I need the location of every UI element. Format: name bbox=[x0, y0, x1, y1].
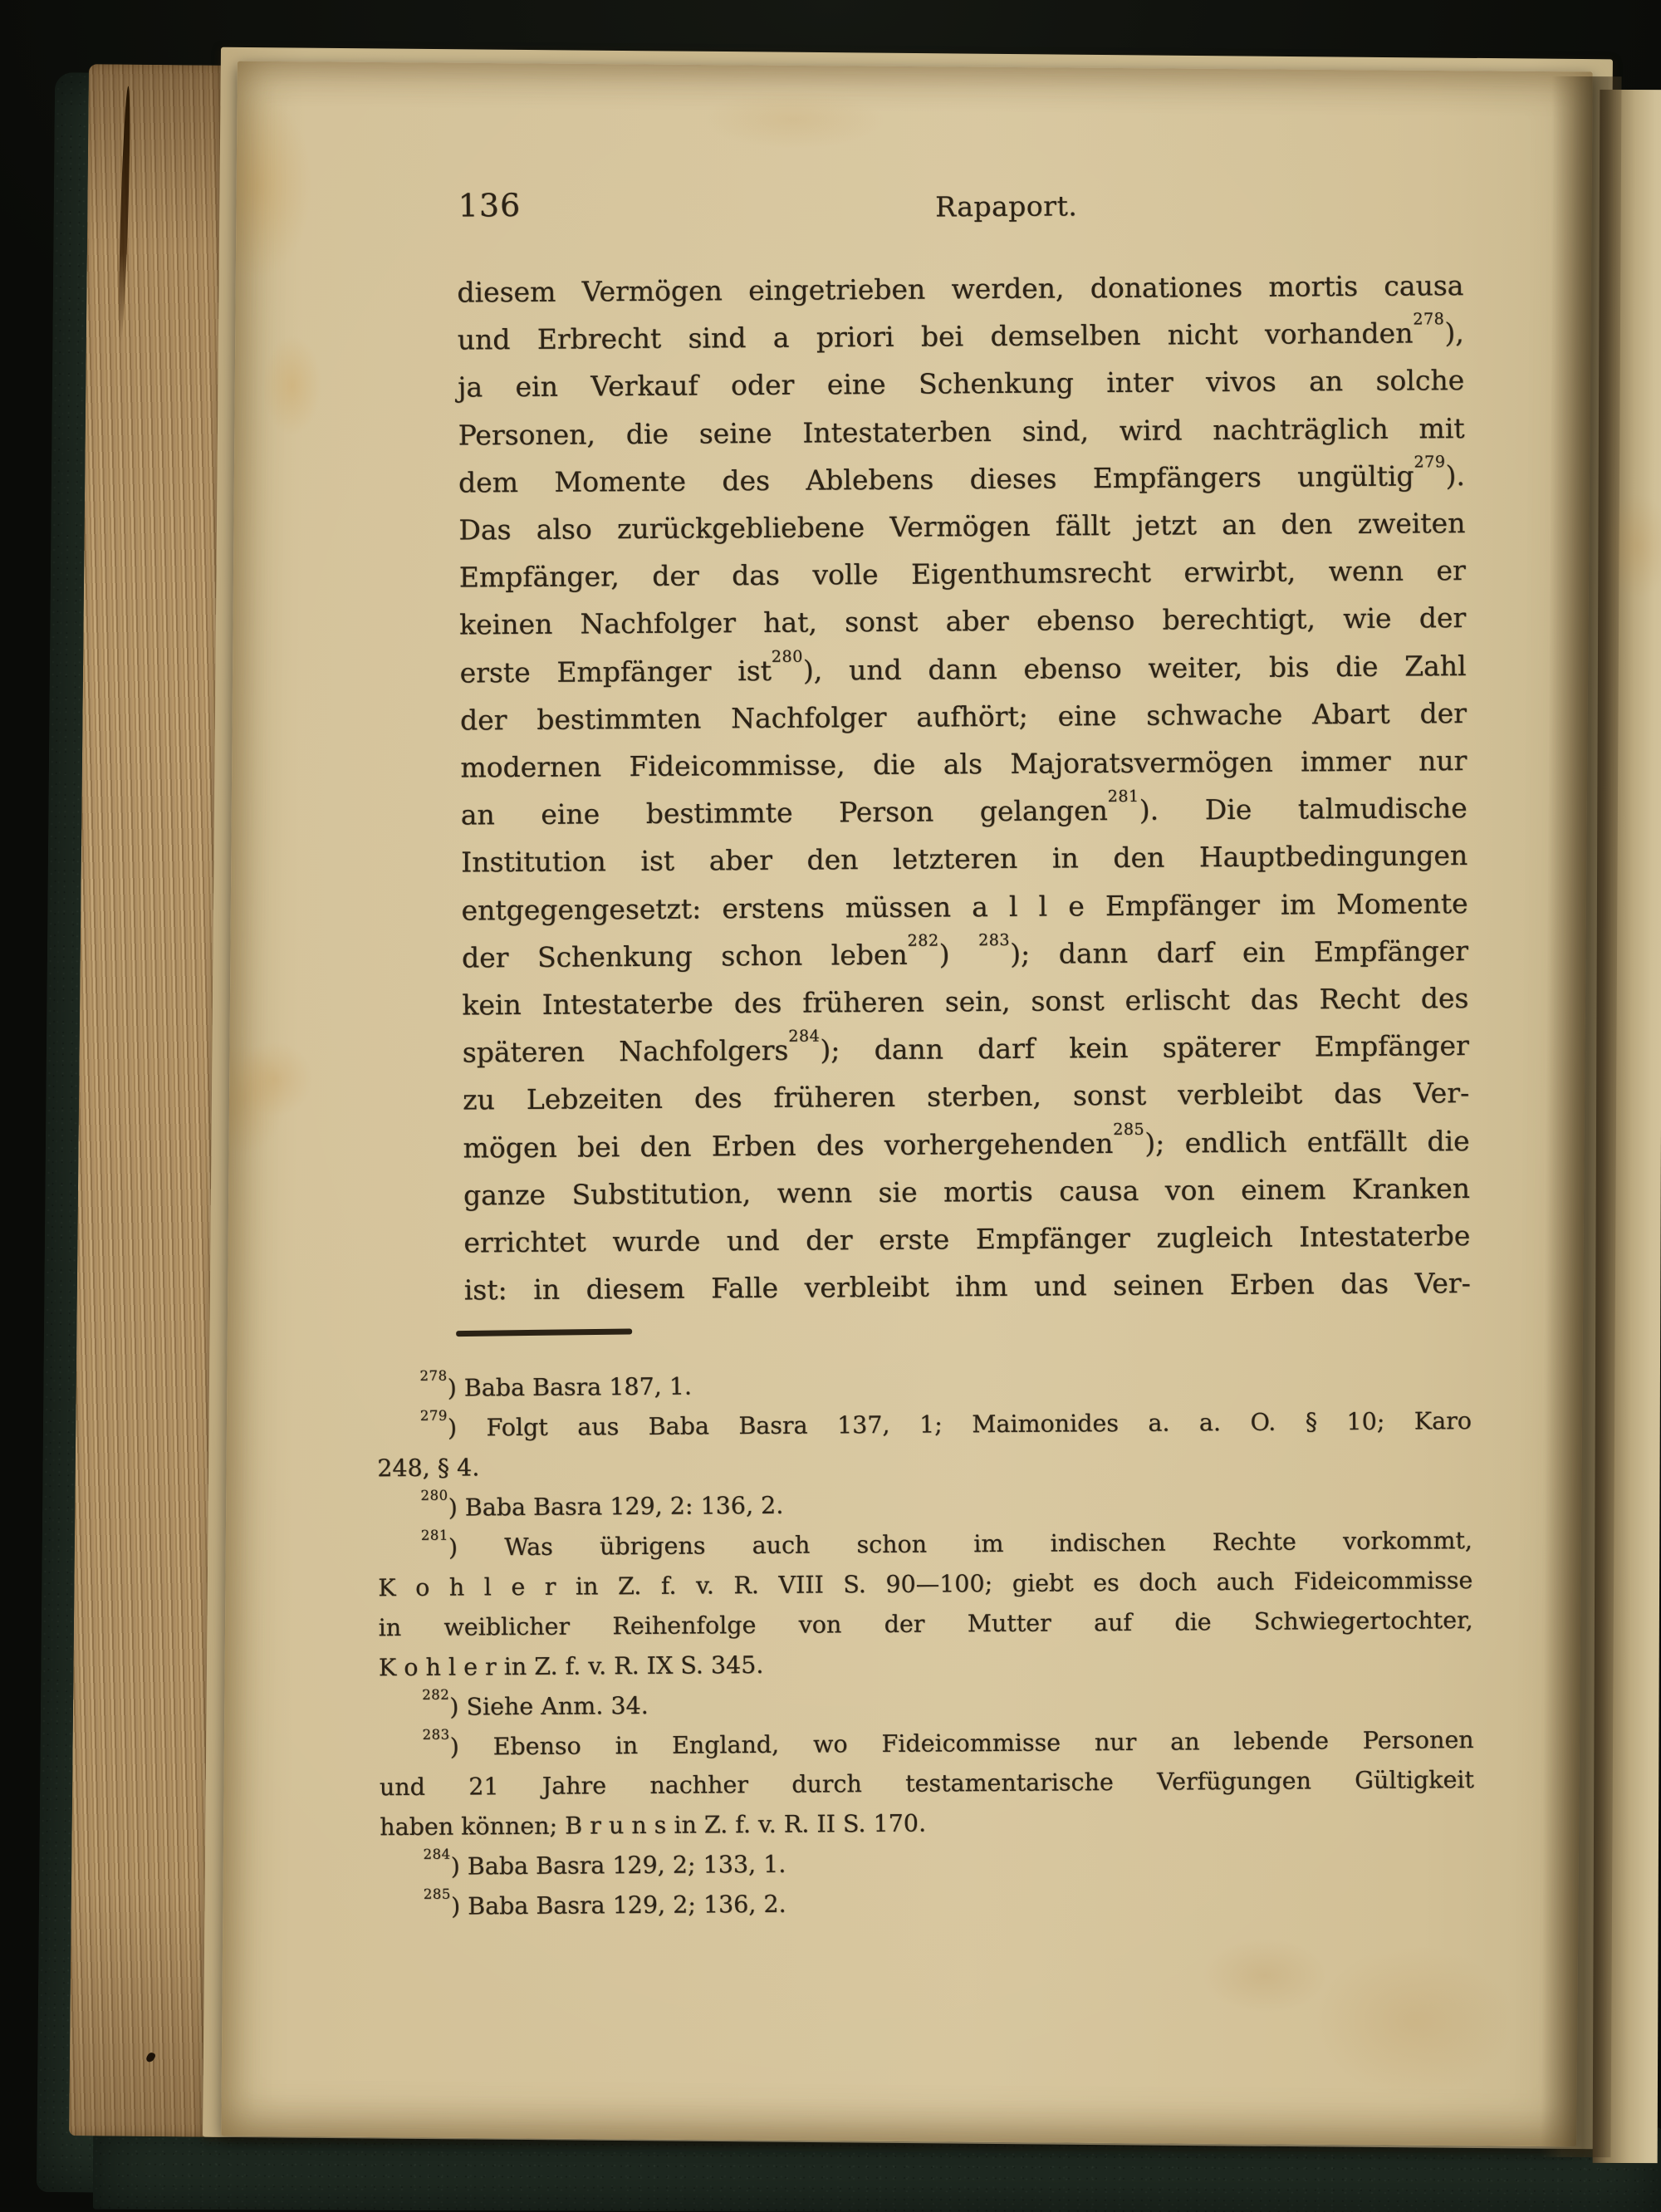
footnote-reference: 278 bbox=[419, 1368, 447, 1384]
body-line: späteren Nachfolgers284); dann darf kein… bbox=[463, 1022, 1469, 1077]
page-number: 136 bbox=[458, 187, 522, 224]
body-line: zu Lebzeiten des früheren sterben, sonst… bbox=[463, 1069, 1469, 1124]
body-line: dem Momente des Ablebens dieses Empfänge… bbox=[458, 452, 1465, 507]
body-line: errichtet wurde und der erste Empfänger … bbox=[463, 1212, 1470, 1267]
body-line: Personen, die seine Intestaterben sind, … bbox=[458, 405, 1464, 459]
body-line: der bestimmten Nachfolger aufhört; eine … bbox=[460, 689, 1467, 744]
body-line: keinen Nachfolger hat, sonst aber ebenso… bbox=[459, 594, 1466, 649]
body-line: modernen Fideicommisse, die als Majorats… bbox=[460, 737, 1467, 792]
body-line: ist: in diesem Falle verbleibt ihm und s… bbox=[464, 1259, 1471, 1314]
body-line: entgegengesetzt: erstens müssen a l l e … bbox=[461, 880, 1467, 934]
book-photo: 136 Rapaport. diesem Vermögen eingetrieb… bbox=[0, 0, 1661, 2212]
footnote-reference: 284 bbox=[788, 1027, 820, 1046]
footnotes-block: 278) Baba Basra 187, 1.279) Folgt aus Ba… bbox=[376, 1361, 1475, 1927]
footnote-reference: 279 bbox=[420, 1408, 448, 1424]
footnote-reference: 279 bbox=[1414, 452, 1445, 471]
body-text: diesem Vermögen eingetrieben werden, don… bbox=[457, 262, 1471, 1314]
footnote-reference: 285 bbox=[424, 1886, 451, 1902]
footnote-reference: 283 bbox=[422, 1727, 449, 1743]
footnote-line: 285) Baba Basra 129, 2; 136, 2. bbox=[380, 1880, 1475, 1927]
body-line: Institution ist aber den letzteren in de… bbox=[461, 831, 1467, 886]
footnote-reference: 280 bbox=[420, 1488, 448, 1503]
body-line: Empfänger, der das volle Eigenthumsrecht… bbox=[459, 547, 1466, 601]
fore-edge-crack bbox=[117, 86, 132, 344]
body-line: erste Empfänger ist280), und dann ebenso… bbox=[459, 642, 1466, 697]
page-content: 136 Rapaport. diesem Vermögen eingetrieb… bbox=[222, 61, 1591, 2146]
body-line: ganze Substitution, wenn sie mortis caus… bbox=[463, 1165, 1470, 1219]
body-line: kein Intestaterbe des früheren sein, son… bbox=[462, 974, 1468, 1029]
body-line: ja ein Verkauf oder eine Schenkung inter… bbox=[458, 356, 1464, 411]
footnote-line: 279) Folgt aus Baba Basra 137, 1; Maimon… bbox=[377, 1401, 1472, 1449]
book-page: 136 Rapaport. diesem Vermögen eingetrieb… bbox=[221, 61, 1593, 2147]
running-head: Rapaport. bbox=[757, 189, 1256, 224]
footnote-reference: 282 bbox=[907, 930, 938, 949]
body-line: der Schenkung schon leben282) 283); dann… bbox=[462, 927, 1468, 982]
footnote-reference: 278 bbox=[1413, 309, 1444, 328]
footnote-rule bbox=[456, 1329, 632, 1337]
footnote-reference: 284 bbox=[423, 1847, 450, 1862]
footnote-reference: 281 bbox=[421, 1528, 448, 1543]
footnote-reference: 281 bbox=[1108, 787, 1139, 806]
footnote-reference: 280 bbox=[772, 646, 803, 665]
footnote-line: und 21 Jahre nachher durch testamentaris… bbox=[380, 1760, 1474, 1807]
body-line: Das also zurückgebliebene Vermögen fällt… bbox=[458, 499, 1465, 554]
body-line: an eine bestimmte Person gelangen281). D… bbox=[461, 784, 1467, 839]
body-line: und Erbrecht sind a priori bei demselben… bbox=[458, 309, 1464, 364]
footnote-reference: 283 bbox=[978, 930, 1010, 949]
footnote-line: in weiblicher Reihenfolge von der Mutter… bbox=[378, 1601, 1472, 1648]
body-line: diesem Vermögen eingetrieben werden, don… bbox=[457, 262, 1463, 316]
body-line: mögen bei den Erben des vorhergehenden28… bbox=[463, 1117, 1469, 1172]
gutter-shadow bbox=[1541, 76, 1621, 2157]
footnote-reference: 282 bbox=[422, 1687, 449, 1703]
footnote-reference: 285 bbox=[1113, 1119, 1144, 1138]
